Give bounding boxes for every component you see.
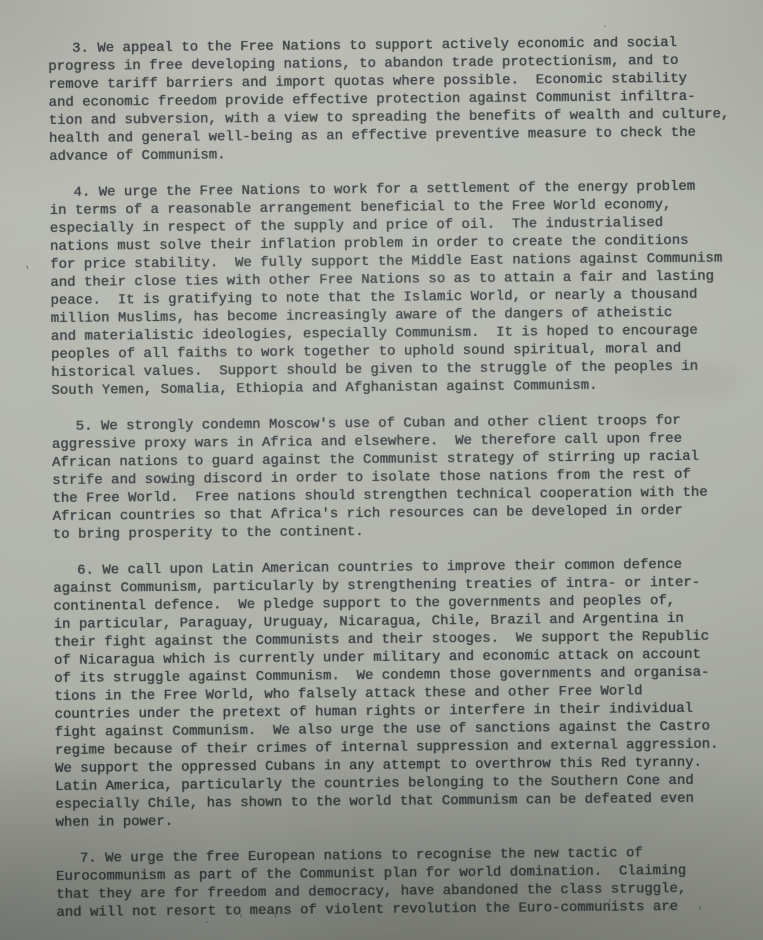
- paragraph-5: 5. We strongly condemn Moscow's use of C…: [52, 411, 755, 544]
- scanned-document-page: 3. We appeal to the Free Nations to supp…: [0, 0, 763, 940]
- paragraph-3: 3. We appeal to the Free Nations to supp…: [48, 33, 751, 166]
- paragraph-4: 4. We urge the Free Nations to work for …: [49, 177, 753, 400]
- paragraph-6: 6. We call upon Latin American countries…: [53, 555, 758, 832]
- document-text: 3. We appeal to the Free Nations to supp…: [48, 33, 759, 940]
- stray-mark: .: [602, 20, 608, 31]
- stray-mark: ': [23, 263, 35, 279]
- paragraph-7: 7. We urge the free European nations to …: [56, 843, 759, 922]
